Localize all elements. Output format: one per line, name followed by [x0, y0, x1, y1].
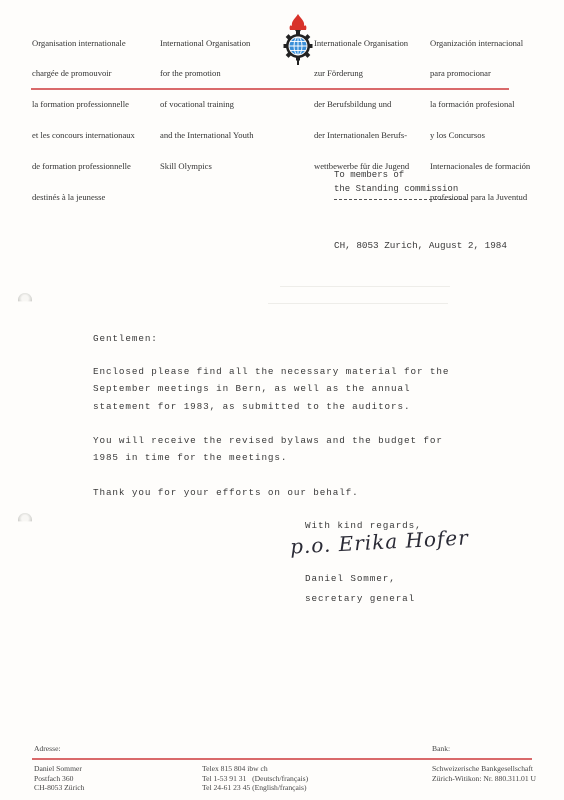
letterhead-english: International Organisation for the promo… [160, 17, 254, 192]
footer-divider [32, 758, 532, 760]
letterhead-line: y los Concursos [430, 130, 530, 140]
paragraph-line: 1985 in time for the meetings. [93, 449, 443, 466]
letterhead-german: Internationale Organisation zur Förderun… [314, 17, 409, 192]
footer-line: Schweizerische Bankgesellschaft [432, 764, 536, 774]
letter-page: Organisation internationale chargée de p… [0, 0, 564, 800]
letterhead-line: zur Förderung [314, 68, 409, 78]
letterhead-line: and the International Youth [160, 130, 254, 140]
dateline: CH, 8053 Zurich, August 2, 1984 [334, 240, 507, 251]
recipient-underline [334, 199, 467, 200]
recipient-block: To members of the Standing commission [334, 168, 458, 196]
punch-hole [18, 293, 32, 307]
punch-hole [18, 513, 32, 527]
footer-line: Postfach 360 [34, 774, 84, 784]
letterhead-line: chargée de promouvoir [32, 68, 135, 78]
letterhead-french: Organisation internationale chargée de p… [32, 17, 135, 223]
salutation: Gentlemen: [93, 330, 158, 347]
letterhead-line: destinés à la jeunesse [32, 192, 135, 202]
paragraph-line: Enclosed please find all the necessary m… [93, 363, 449, 380]
letterhead-line: para promocionar [430, 68, 530, 78]
footer-address-label: Adresse: [34, 744, 61, 753]
letterhead-line: Organización internacional [430, 38, 530, 48]
footer-address: Daniel Sommer Postfach 360 CH-8053 Züric… [34, 764, 84, 793]
footer-line: Zürich-Witikon: Nr. 880.311.01 U [432, 774, 536, 784]
footer-telecom: Telex 815 804 ibw ch Tel 1-53 91 31 (Deu… [202, 764, 308, 793]
footer-line: Tel 24-61 23 45 (English/français) [202, 783, 308, 793]
paragraph-line: statement for 1983, as submitted to the … [93, 398, 449, 415]
faint-mark [268, 303, 448, 304]
letterhead-line: la formación profesional [430, 99, 530, 109]
letterhead-line: de formation professionnelle [32, 161, 135, 171]
letterhead-line: la formation professionnelle [32, 99, 135, 109]
signer-name: Daniel Sommer, [305, 569, 415, 589]
paragraph-line: Thank you for your efforts on our behalf… [93, 484, 359, 501]
recipient-line: the Standing commission [334, 182, 458, 196]
torch-globe-gear-icon [283, 13, 313, 65]
letterhead-line: of vocational training [160, 99, 254, 109]
footer-bank-label: Bank: [432, 744, 450, 753]
letterhead-divider [31, 88, 509, 90]
letterhead-line: der Berufsbildung und [314, 99, 409, 109]
paragraph: You will receive the revised bylaws and … [93, 432, 443, 467]
footer-line: Telex 815 804 ibw ch [202, 764, 308, 774]
footer-line: Tel 1-53 91 31 (Deutsch/français) [202, 774, 308, 784]
letterhead-line: Internationale Organisation [314, 38, 409, 48]
letterhead-line: for the promotion [160, 68, 254, 78]
faint-mark [280, 286, 450, 287]
letterhead-line: et les concours internationaux [32, 130, 135, 140]
footer-bank: Schweizerische Bankgesellschaft Zürich-W… [432, 764, 536, 783]
paragraph: Enclosed please find all the necessary m… [93, 363, 449, 415]
paragraph-line: September meetings in Bern, as well as t… [93, 380, 449, 397]
paragraph-line: You will receive the revised bylaws and … [93, 432, 443, 449]
footer-line: CH-8053 Zürich [34, 783, 84, 793]
recipient-line: To members of [334, 168, 458, 182]
letterhead-line: Organisation internationale [32, 38, 135, 48]
paragraph: Thank you for your efforts on our behalf… [93, 484, 359, 501]
footer-line: Daniel Sommer [34, 764, 84, 774]
signer-title: secretary general [305, 589, 415, 609]
letterhead-line: Skill Olympics [160, 161, 254, 171]
letterhead-line: der Internationalen Berufs- [314, 130, 409, 140]
letterhead-line: International Organisation [160, 38, 254, 48]
signer-block: Daniel Sommer, secretary general [305, 569, 415, 609]
